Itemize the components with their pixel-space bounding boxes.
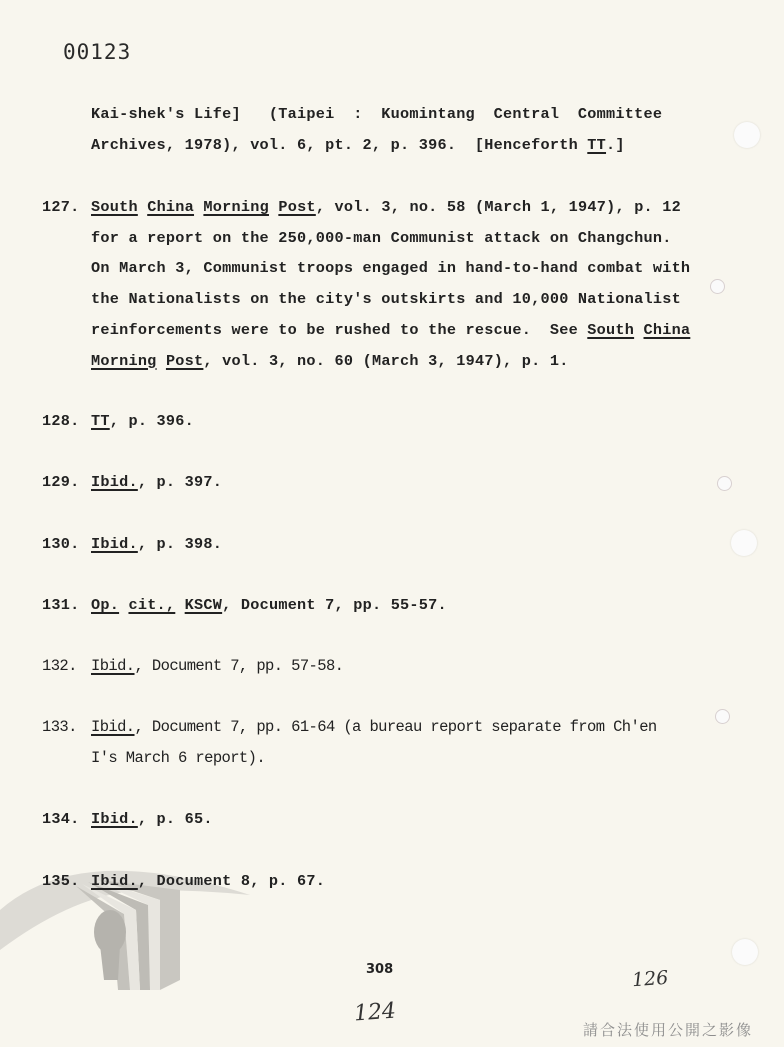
handwritten-number-left: 124 xyxy=(353,999,397,1027)
note-text-line: On March 3, Communist troops engaged in … xyxy=(91,259,690,277)
punch-hole xyxy=(732,939,758,965)
punch-hole xyxy=(710,279,725,294)
punch-hole xyxy=(731,530,757,556)
note-number: 129. xyxy=(42,473,79,491)
note-text-line: Ibid., p. 398. xyxy=(91,535,222,553)
note-text-line: Op. cit., KSCW, Document 7, pp. 55-57. xyxy=(91,596,447,614)
note-text-line: South China Morning Post, vol. 3, no. 58… xyxy=(91,198,681,216)
note-text-line: TT, p. 396. xyxy=(91,412,194,430)
note-number: 130. xyxy=(42,535,79,553)
note-number: 133. xyxy=(42,718,77,736)
note-text-line: Ibid., Document 7, pp. 57-58. xyxy=(91,657,343,675)
punch-hole xyxy=(717,476,732,491)
page-number: 308 xyxy=(366,962,393,977)
handwritten-number-right: 126 xyxy=(631,967,669,991)
note-text-line: Ibid., Document 7, pp. 61-64 (a bureau r… xyxy=(91,718,657,736)
note-number: 135. xyxy=(42,872,79,890)
note-number: 132. xyxy=(42,657,77,675)
continued-note-line-2: Archives, 1978), vol. 6, pt. 2, p. 396. … xyxy=(91,136,625,154)
note-number: 134. xyxy=(42,810,79,828)
note-number: 128. xyxy=(42,412,79,430)
note-number: 131. xyxy=(42,596,79,614)
note-text-line: Morning Post, vol. 3, no. 60 (March 3, 1… xyxy=(91,352,569,370)
punch-hole xyxy=(734,122,760,148)
note-text-line: I's March 6 report). xyxy=(91,749,265,767)
footer-usage-notice: 請合法使用公開之影像 xyxy=(583,1019,753,1040)
archive-watermark-logo xyxy=(0,850,260,990)
continued-note-line-1: Kai-shek's Life] (Taipei : Kuomintang Ce… xyxy=(91,105,662,123)
note-text-line: Ibid., Document 8, p. 67. xyxy=(91,872,325,890)
document-stamp-id: 00123 xyxy=(63,40,131,64)
note-text-line: reinforcements were to be rushed to the … xyxy=(91,321,690,339)
punch-hole xyxy=(715,709,730,724)
note-number: 127. xyxy=(42,198,79,216)
note-text-line: for a report on the 250,000-man Communis… xyxy=(91,229,672,247)
note-text-line: Ibid., p. 65. xyxy=(91,810,213,828)
note-text-line: Ibid., p. 397. xyxy=(91,473,222,491)
note-text-line: the Nationalists on the city's outskirts… xyxy=(91,290,681,308)
